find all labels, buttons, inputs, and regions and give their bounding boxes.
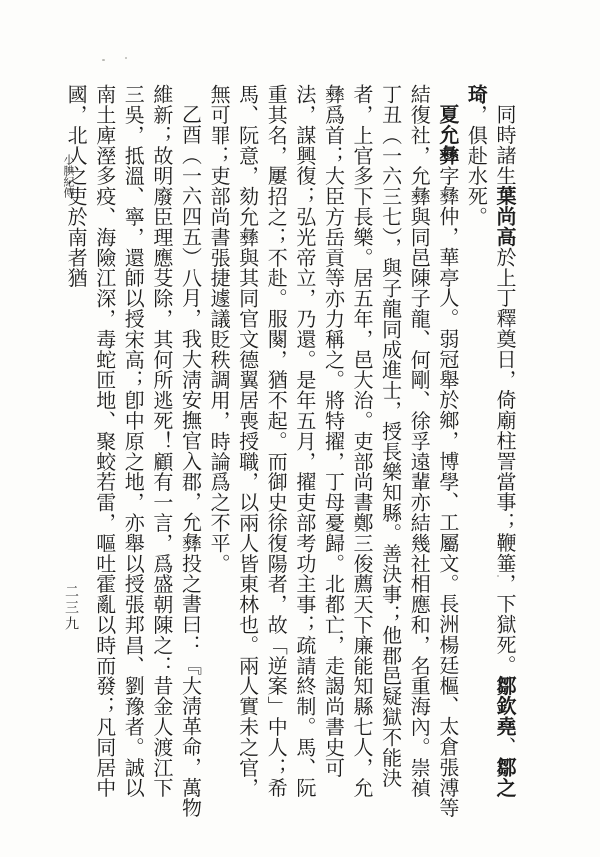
paragraph: 同時諸生葉尚高於上丁釋奠日，倚廟柱詈當事；鞭箠，下獄死。鄒欽堯、鄒之琦，俱赴水死…: [461, 84, 518, 818]
scan-speck: [125, 57, 127, 59]
paragraph: 夏允彝字彝仲，華亭人。弱冠舉於鄉，博學、工屬文。長洲楊廷樞、太倉張溥等結復社，允…: [203, 84, 460, 818]
text-block: 同時諸生葉尚高於上丁釋奠日，倚廟柱詈當事；鞭箠，下獄死。鄒欽堯、鄒之琦，俱赴水死…: [80, 84, 518, 818]
text-run: 於上丁釋奠日，倚廟柱詈當事；鞭箠，下獄死。: [493, 247, 515, 675]
scan-speck: [497, 575, 499, 577]
book-page: 小腆紀傳 同時諸生葉尚高於上丁釋奠日，倚廟柱詈當事；鞭箠，下獄死。鄒欽堯、鄒之琦…: [0, 0, 600, 857]
person-name: 夏允彝: [436, 104, 458, 165]
text-run: 同時諸生: [493, 104, 515, 186]
person-name: 葉尚高: [493, 186, 515, 247]
page-number: 二三九: [60, 584, 80, 632]
text-run: 乙酉（一六四五）八月，我大淸安撫官入郡，允彝投之書曰：『大淸革命，萬物維新；故明…: [64, 84, 200, 818]
text-run: 、: [493, 736, 515, 756]
paragraph: 乙酉（一六四五）八月，我大淸安撫官入郡，允彝投之書曰：『大淸革命，萬物維新；故明…: [61, 84, 204, 818]
text-run: 字彝仲，華亭人。弱冠舉於鄉，博學、工屬文。長洲楊廷樞、太倉張溥等結復社，允彝與同…: [207, 84, 458, 818]
person-name: 鄒欽堯: [493, 675, 515, 736]
scan-speck: [102, 59, 105, 61]
text-run: ，俱赴水死。: [464, 104, 486, 226]
